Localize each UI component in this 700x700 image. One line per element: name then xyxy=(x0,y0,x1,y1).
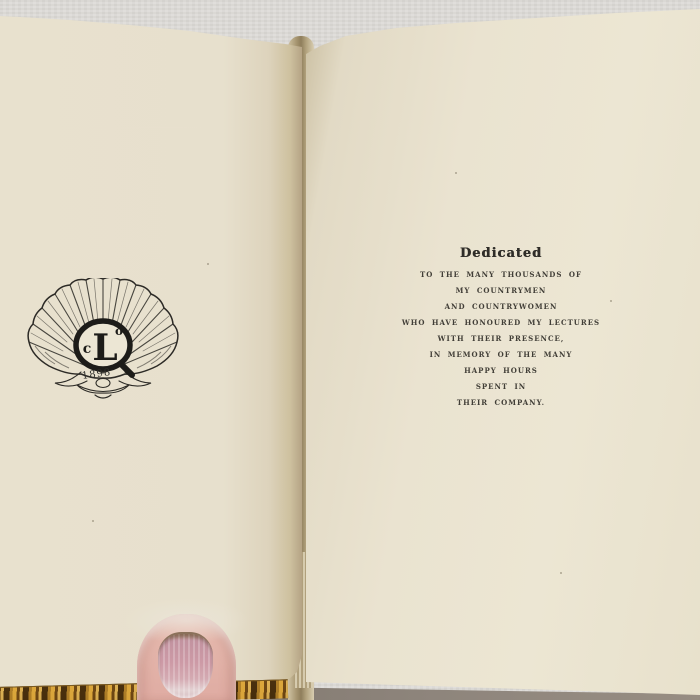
paper-speck xyxy=(610,300,612,302)
dedication-heading: Dedicated xyxy=(388,245,614,267)
dedication-line: SPENT IN xyxy=(388,379,614,395)
dedication-line: WHO HAVE HONOURED MY LECTURES xyxy=(388,315,614,331)
thumb-nail xyxy=(158,632,213,698)
dedication-line: THEIR COMPANY. xyxy=(388,395,614,411)
paper-speck xyxy=(92,520,94,522)
thumb xyxy=(137,614,236,700)
dedication-block: Dedicated TO THE MANY THOUSANDS OF MY CO… xyxy=(388,245,614,411)
dedication-line: HAPPY HOURS xyxy=(388,363,614,379)
dedication-line: AND COUNTRYWOMEN xyxy=(388,299,614,315)
dedication-lines: TO THE MANY THOUSANDS OF MY COUNTRYMEN A… xyxy=(388,267,614,411)
dedication-line: WITH THEIR PRESENCE, xyxy=(388,331,614,347)
dedication-line: IN MEMORY OF THE MANY xyxy=(388,347,614,363)
paper-speck xyxy=(455,172,457,174)
paper-speck xyxy=(207,263,209,265)
dedication-line: TO THE MANY THOUSANDS OF xyxy=(388,267,614,283)
dedication-line: MY COUNTRYMEN xyxy=(388,283,614,299)
monogram-letter-o: o xyxy=(115,324,123,338)
monogram-letter-c: c xyxy=(83,341,92,357)
book-photo: c L o 1898 Dedicated TO THE MANY THOUSAN… xyxy=(0,0,700,700)
monogram-letter-l: L xyxy=(92,327,117,369)
paper-speck xyxy=(560,572,562,574)
scallop-shell-emblem-icon: c L o 1898 xyxy=(25,278,185,408)
